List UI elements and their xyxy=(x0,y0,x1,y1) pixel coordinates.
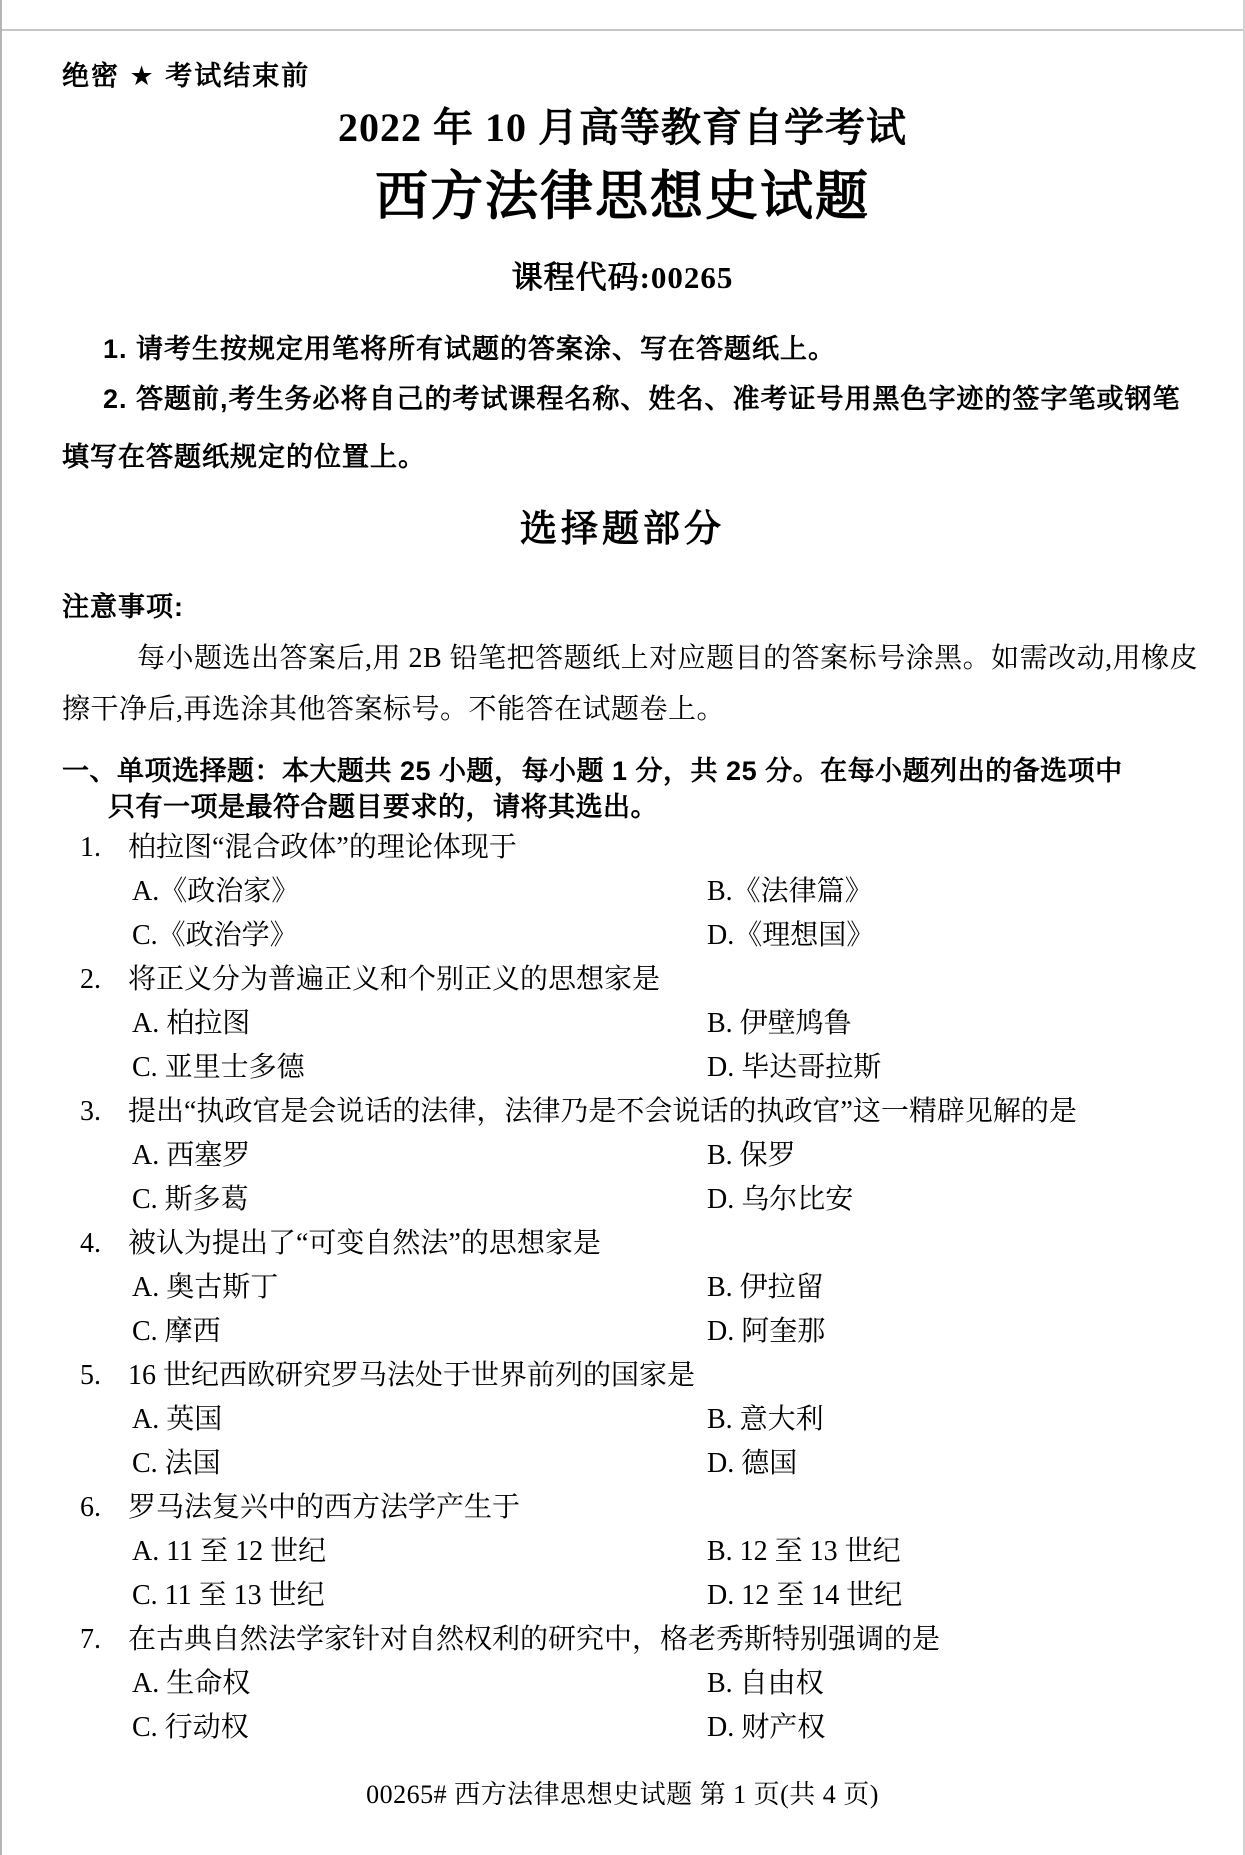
question-7: 7. 在古典自然法学家针对自然权利的研究中，格老秀斯特别强调的是 A. 生命权 … xyxy=(62,1618,1215,1750)
scan-edge-top xyxy=(0,29,1245,31)
page-footer: 00265# 西方法律思想史试题 第 1 页(共 4 页) xyxy=(0,1774,1245,1811)
question-list: 1. 柏拉图“混合政体”的理论体现于 A.《政治家》 B.《法律篇》 C.《政治… xyxy=(62,826,1215,1750)
option-d: D. 财产权 xyxy=(707,1706,1215,1750)
question-text: 提出“执政官是会说话的法律，法律乃是不会说话的执政官”这一精辟见解的是 xyxy=(128,1090,1077,1134)
part1-heading-line1: 一、单项选择题：本大题共 25 小题，每小题 1 分，共 25 分。在每小题列出… xyxy=(62,755,1215,788)
notes-label: 注意事项: xyxy=(62,585,184,624)
option-d: D. 乌尔比安 xyxy=(707,1178,1215,1222)
question-3: 3. 提出“执政官是会说话的法律，法律乃是不会说话的执政官”这一精辟见解的是 A… xyxy=(62,1090,1215,1222)
question-5-options-row-2: C. 法国 D. 德国 xyxy=(62,1442,1215,1486)
question-text: 16 世纪西欧研究罗马法处于世界前列的国家是 xyxy=(128,1354,695,1398)
option-a: A. 奥古斯丁 xyxy=(132,1266,707,1310)
question-7-options-row-1: A. 生命权 B. 自由权 xyxy=(62,1662,1215,1706)
option-a: A. 柏拉图 xyxy=(132,1002,707,1046)
question-5-stem: 5. 16 世纪西欧研究罗马法处于世界前列的国家是 xyxy=(62,1354,1215,1398)
option-b: B. 伊壁鸠鲁 xyxy=(707,1002,1215,1046)
question-number: 5. xyxy=(80,1354,128,1398)
option-c: C. 11 至 13 世纪 xyxy=(132,1574,707,1618)
instruction-item-1: 1. 请考生按规定用笔将所有试题的答案涂、写在答题纸上。 xyxy=(103,327,1205,366)
question-3-stem: 3. 提出“执政官是会说话的法律，法律乃是不会说话的执政官”这一精辟见解的是 xyxy=(62,1090,1215,1134)
question-7-stem: 7. 在古典自然法学家针对自然权利的研究中，格老秀斯特别强调的是 xyxy=(62,1618,1215,1662)
option-b: B. 伊拉留 xyxy=(707,1266,1215,1310)
question-text: 被认为提出了“可变自然法”的思想家是 xyxy=(128,1222,601,1266)
question-5-options-row-1: A. 英国 B. 意大利 xyxy=(62,1398,1215,1442)
option-b: B. 意大利 xyxy=(707,1398,1215,1442)
option-d: D.《理想国》 xyxy=(707,914,1215,958)
question-1-options-row-1: A.《政治家》 B.《法律篇》 xyxy=(62,870,1215,914)
question-1-options-row-2: C.《政治学》 D.《理想国》 xyxy=(62,914,1215,958)
option-a: A.《政治家》 xyxy=(132,870,707,914)
question-7-options-row-2: C. 行动权 D. 财产权 xyxy=(62,1706,1215,1750)
question-2-options-row-1: A. 柏拉图 B. 伊壁鸠鲁 xyxy=(62,1002,1215,1046)
option-d: D. 12 至 14 世纪 xyxy=(707,1574,1215,1618)
option-c: C.《政治学》 xyxy=(132,914,707,958)
part1-heading: 一、单项选择题：本大题共 25 小题，每小题 1 分，共 25 分。在每小题列出… xyxy=(62,755,1215,824)
question-4-options-row-2: C. 摩西 D. 阿奎那 xyxy=(62,1310,1215,1354)
option-d: D. 阿奎那 xyxy=(707,1310,1215,1354)
notes-line-1: 每小题选出答案后,用 2B 铅笔把答题纸上对应题目的答案标号涂黑。如需改动,用橡… xyxy=(137,636,1205,676)
option-b: B. 保罗 xyxy=(707,1134,1215,1178)
question-1: 1. 柏拉图“混合政体”的理论体现于 A.《政治家》 B.《法律篇》 C.《政治… xyxy=(62,826,1215,958)
exam-session-title: 2022 年 10 月高等教育自学考试 xyxy=(0,96,1245,153)
notes-line-2: 擦干净后,再选涂其他答案标号。不能答在试题卷上。 xyxy=(62,687,1205,727)
option-b: B. 自由权 xyxy=(707,1662,1215,1706)
option-d: D. 德国 xyxy=(707,1442,1215,1486)
question-text: 将正义分为普遍正义和个别正义的思想家是 xyxy=(128,958,660,1002)
question-2: 2. 将正义分为普遍正义和个别正义的思想家是 A. 柏拉图 B. 伊壁鸠鲁 C.… xyxy=(62,958,1215,1090)
option-d: D. 毕达哥拉斯 xyxy=(707,1046,1215,1090)
option-c: C. 行动权 xyxy=(132,1706,707,1750)
question-number: 2. xyxy=(80,958,128,1002)
question-4-options-row-1: A. 奥古斯丁 B. 伊拉留 xyxy=(62,1266,1215,1310)
question-number: 1. xyxy=(80,826,128,870)
question-2-options-row-2: C. 亚里士多德 D. 毕达哥拉斯 xyxy=(62,1046,1215,1090)
course-code: 课程代码:00265 xyxy=(0,252,1245,297)
option-c: C. 斯多葛 xyxy=(132,1178,707,1222)
question-number: 3. xyxy=(80,1090,128,1134)
instruction-item-2-line1: 2. 答题前,考生务必将自己的考试课程名称、姓名、准考证号用黑色字迹的签字笔或钢… xyxy=(103,377,1205,416)
choice-section-title: 选择题部分 xyxy=(0,498,1245,552)
question-text: 柏拉图“混合政体”的理论体现于 xyxy=(128,826,517,870)
question-3-options-row-2: C. 斯多葛 D. 乌尔比安 xyxy=(62,1178,1215,1222)
option-a: A. 生命权 xyxy=(132,1662,707,1706)
option-b: B.《法律篇》 xyxy=(707,870,1215,914)
option-a: A. 11 至 12 世纪 xyxy=(132,1530,707,1574)
question-6-stem: 6. 罗马法复兴中的西方法学产生于 xyxy=(62,1486,1215,1530)
option-a: A. 英国 xyxy=(132,1398,707,1442)
subject-title: 西方法律思想史试题 xyxy=(0,154,1245,230)
question-number: 4. xyxy=(80,1222,128,1266)
option-b: B. 12 至 13 世纪 xyxy=(707,1530,1215,1574)
question-text: 在古典自然法学家针对自然权利的研究中，格老秀斯特别强调的是 xyxy=(128,1618,940,1662)
question-4: 4. 被认为提出了“可变自然法”的思想家是 A. 奥古斯丁 B. 伊拉留 C. … xyxy=(62,1222,1215,1354)
question-number: 7. xyxy=(80,1618,128,1662)
question-1-stem: 1. 柏拉图“混合政体”的理论体现于 xyxy=(62,826,1215,870)
question-number: 6. xyxy=(80,1486,128,1530)
exam-paper-page: 绝密 ★ 考试结束前 2022 年 10 月高等教育自学考试 西方法律思想史试题… xyxy=(0,0,1245,1855)
part1-heading-line2: 只有一项是最符合题目要求的，请将其选出。 xyxy=(62,791,1215,824)
question-6-options-row-2: C. 11 至 13 世纪 D. 12 至 14 世纪 xyxy=(62,1574,1215,1618)
question-3-options-row-1: A. 西塞罗 B. 保罗 xyxy=(62,1134,1215,1178)
secrecy-notice: 绝密 ★ 考试结束前 xyxy=(62,54,310,93)
question-text: 罗马法复兴中的西方法学产生于 xyxy=(128,1486,520,1530)
question-6-options-row-1: A. 11 至 12 世纪 B. 12 至 13 世纪 xyxy=(62,1530,1215,1574)
question-2-stem: 2. 将正义分为普遍正义和个别正义的思想家是 xyxy=(62,958,1215,1002)
option-c: C. 亚里士多德 xyxy=(132,1046,707,1090)
option-c: C. 摩西 xyxy=(132,1310,707,1354)
question-6: 6. 罗马法复兴中的西方法学产生于 A. 11 至 12 世纪 B. 12 至 … xyxy=(62,1486,1215,1618)
option-c: C. 法国 xyxy=(132,1442,707,1486)
instruction-item-2-line2: 填写在答题纸规定的位置上。 xyxy=(62,435,1205,474)
question-5: 5. 16 世纪西欧研究罗马法处于世界前列的国家是 A. 英国 B. 意大利 C… xyxy=(62,1354,1215,1486)
question-4-stem: 4. 被认为提出了“可变自然法”的思想家是 xyxy=(62,1222,1215,1266)
option-a: A. 西塞罗 xyxy=(132,1134,707,1178)
